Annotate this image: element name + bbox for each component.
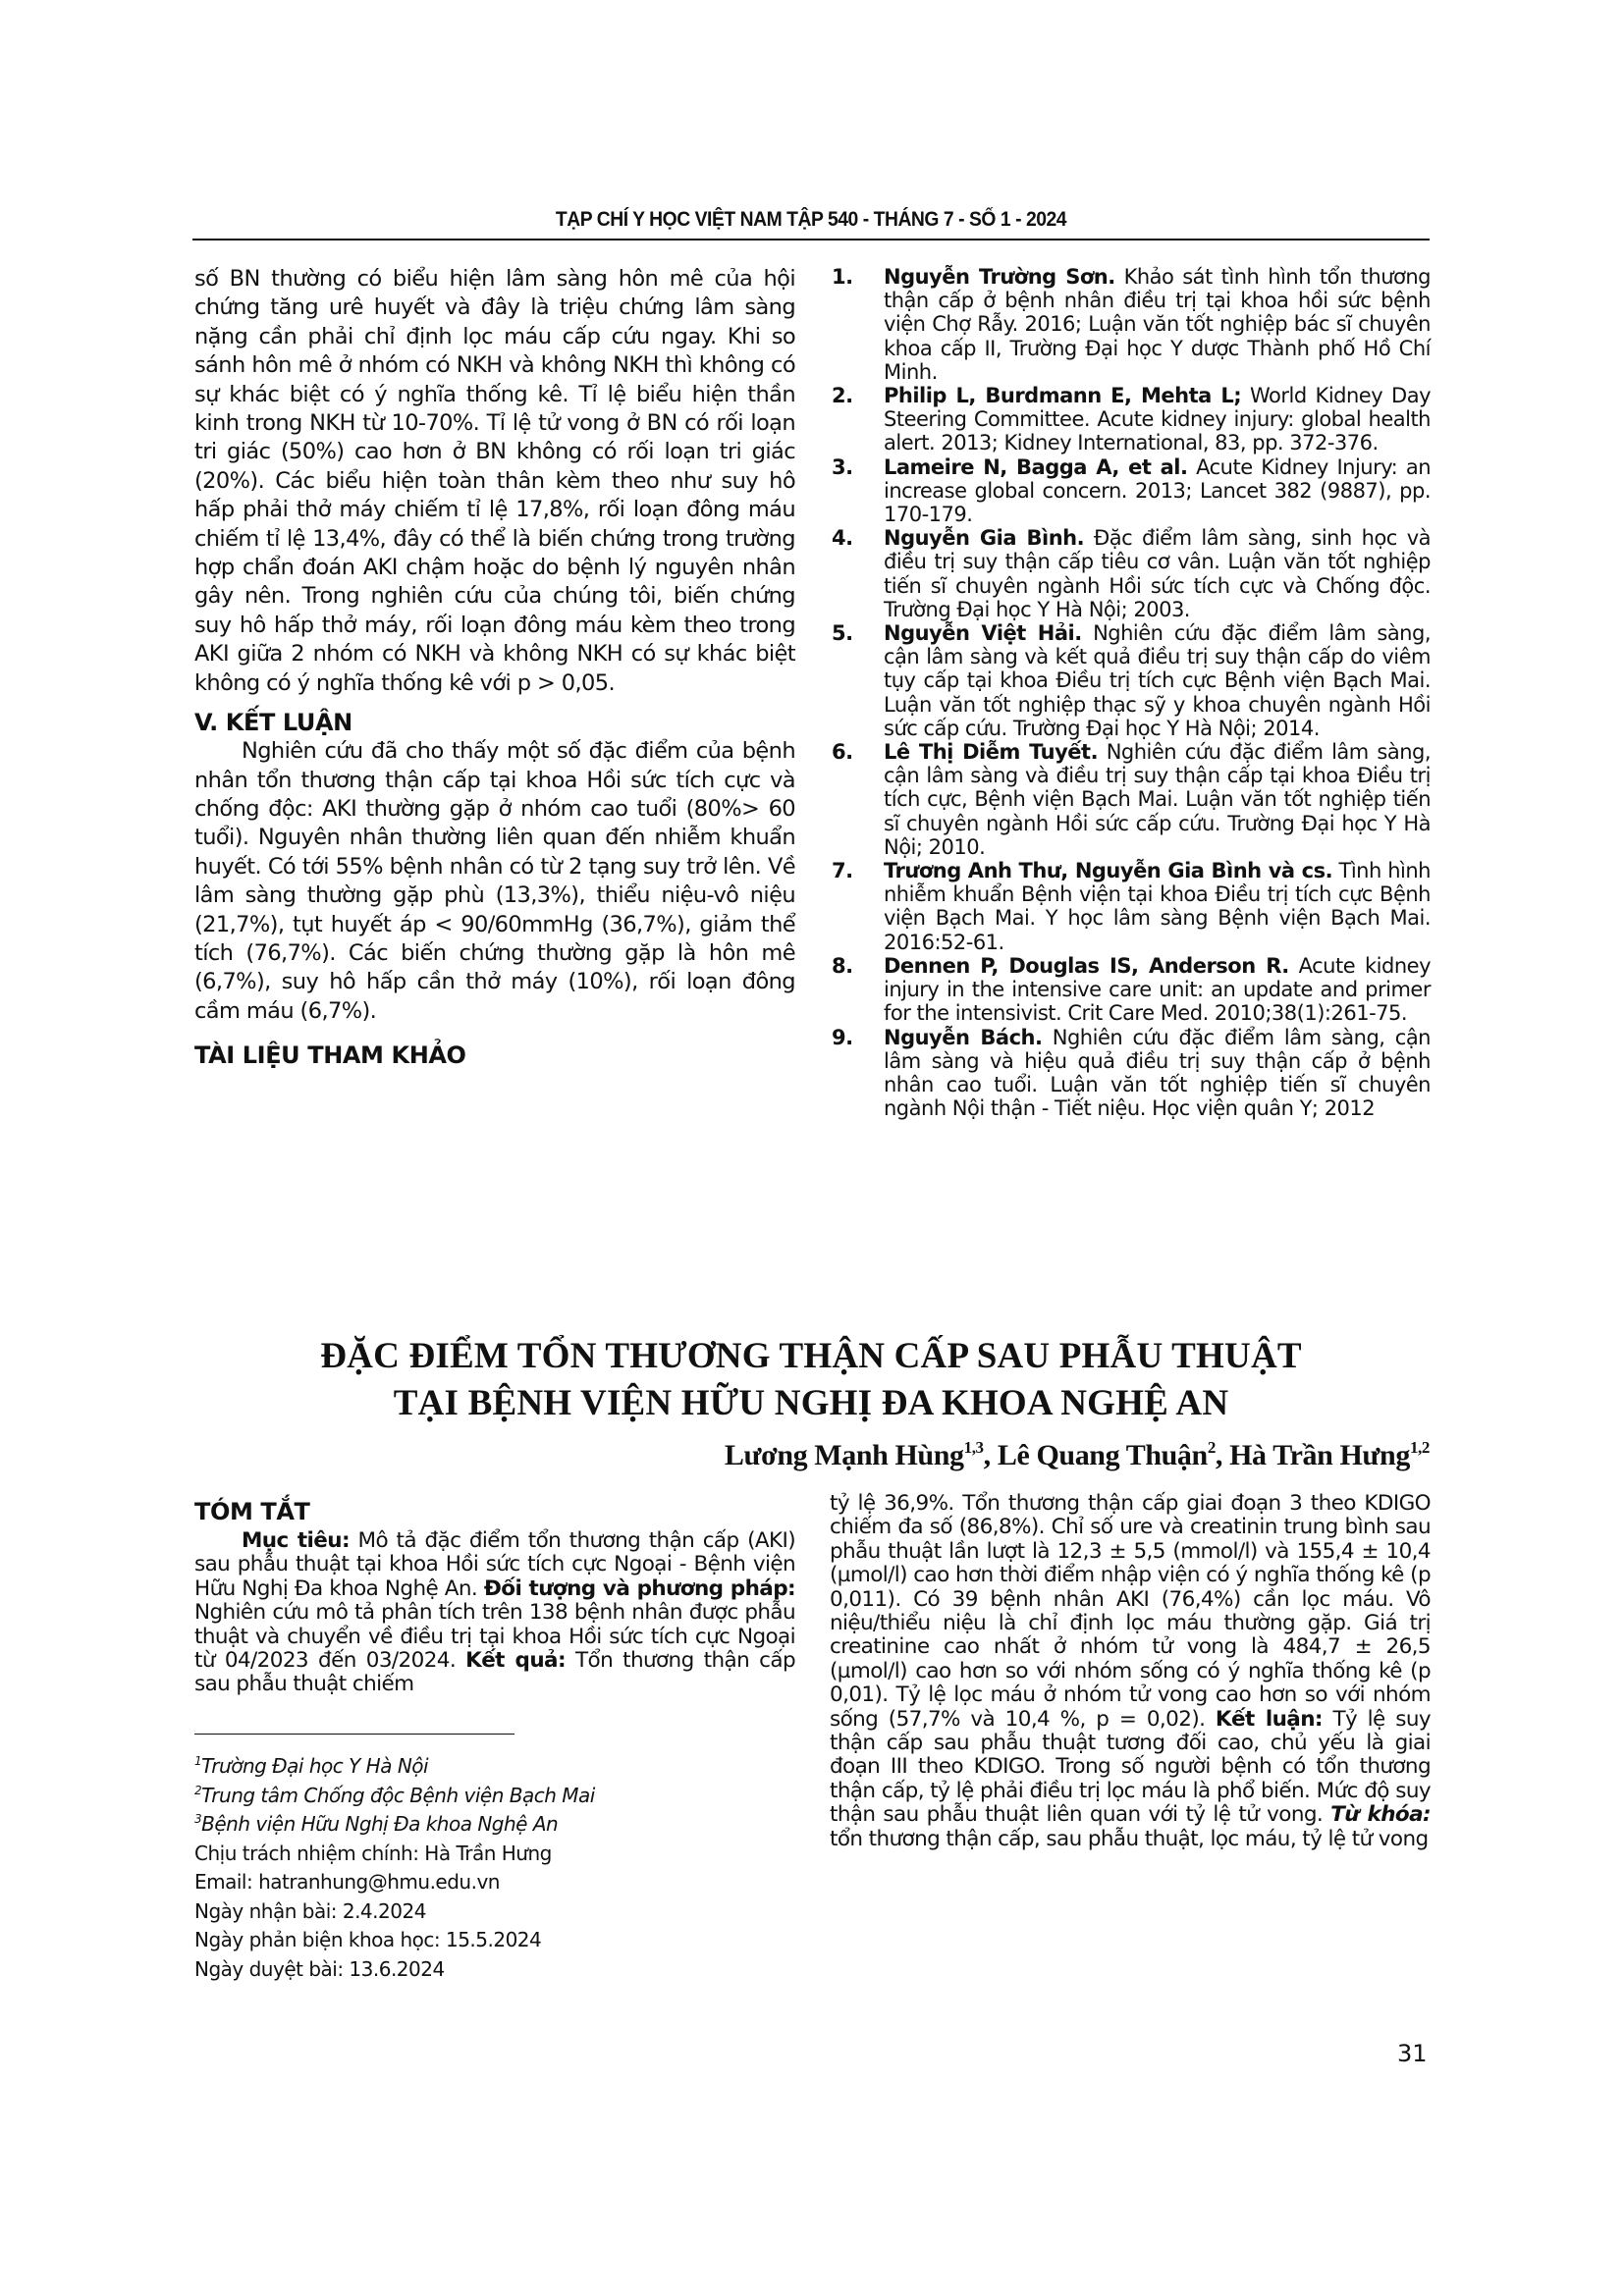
running-header: TẠP CHÍ Y HỌC VIỆT NAM TẬP 540 - THÁNG 7… (242, 208, 1380, 232)
corresponding-author: Chịu trách nhiệm chính: Hà Trần Hưng (194, 1840, 803, 1869)
affiliation-text: Bệnh viện Hữu Nghị Đa khoa Nghệ An (201, 1812, 558, 1836)
keywords-label: Từ khóa: (1330, 1802, 1431, 1827)
discussion-paragraph: số BN thường có biểu hiện lâm sàng hôn m… (194, 265, 795, 698)
conclusion-paragraph: Nghiên cứu đã cho thấy một số đặc điểm c… (194, 737, 795, 1026)
reference-item: 7. Trương Anh Thư, Nguyễn Gia Bình và cs… (832, 859, 1431, 954)
keywords-text: tổn thương thận cấp, sau phẫu thuật, lọc… (830, 1827, 1429, 1851)
methods-label: Đối tượng và phương pháp: (484, 1576, 795, 1601)
header-rule (192, 239, 1430, 240)
email: Email: hatranhung@hmu.edu.vn (194, 1868, 803, 1897)
conclusion-label: Kết luận: (1216, 1707, 1323, 1732)
reference-item: 4. Nguyễn Gia Bình. Đặc điểm lâm sàng, s… (832, 526, 1431, 621)
references-heading: TÀI LIỆU THAM KHẢO (194, 1038, 795, 1073)
affiliation-1: 1Trường Đại học Y Hà Nội (194, 1752, 803, 1782)
abstract-heading: TÓM TẮT (194, 1494, 795, 1529)
affiliation-3: 3Bệnh viện Hữu Nghị Đa khoa Nghệ An (194, 1810, 803, 1840)
reference-item: 3. Lameire N, Bagga A, et al. Acute Kidn… (832, 455, 1431, 527)
reference-number: 9. (832, 1026, 884, 1121)
received-date: Ngày nhận bài: 2.4.2024 (194, 1897, 803, 1927)
reference-number: 2. (832, 384, 884, 455)
reference-authors: Lameire N, Bagga A, et al. (884, 455, 1187, 479)
results-label: Kết quả: (465, 1648, 566, 1673)
reference-authors: Lê Thị Diễm Tuyết. (884, 740, 1098, 764)
author-separator: , (984, 1439, 998, 1471)
abstract-right-column: tỷ lệ 36,9%. Tổn thương thận cấp giai đo… (830, 1492, 1431, 1851)
reference-number: 6. (832, 740, 884, 859)
reference-number: 1. (832, 265, 884, 384)
reference-item: 6. Lê Thị Diễm Tuyết. Nghiên cứu đặc điể… (832, 740, 1431, 859)
page-number: 31 (1397, 2040, 1428, 2067)
references-list: 1. Nguyễn Trường Sơn. Khảo sát tình hình… (832, 265, 1431, 1120)
footnotes: 1Trường Đại học Y Hà Nội 2Trung tâm Chốn… (194, 1752, 803, 1984)
affiliation-2: 2Trung tâm Chống độc Bệnh viện Bạch Mai (194, 1782, 803, 1811)
author-separator: , (1216, 1439, 1229, 1471)
reference-number: 7. (832, 859, 884, 954)
author-name: Lương Mạnh Hùng (725, 1439, 964, 1471)
reference-number: 3. (832, 455, 884, 527)
reference-authors: Philip L, Burdmann E, Mehta L; (884, 384, 1241, 407)
abstract-left-column: TÓM TẮT Mục tiêu: Mô tả đặc điểm tổn thư… (194, 1494, 795, 1697)
reference-number: 4. (832, 526, 884, 621)
reference-authors: Nguyễn Gia Bình. (884, 526, 1084, 550)
author-affiliation: 1,3 (964, 1438, 984, 1457)
reference-number: 5. (832, 621, 884, 740)
reference-item: 1. Nguyễn Trường Sơn. Khảo sát tình hình… (832, 265, 1431, 384)
reference-authors: Nguyễn Trường Sơn. (884, 265, 1115, 289)
author-affiliation: 1,2 (1410, 1438, 1430, 1457)
reference-authors: Nguyễn Việt Hải. (884, 621, 1082, 645)
review-date: Ngày phản biện khoa học: 15.5.2024 (194, 1926, 803, 1955)
reference-authors: Trương Anh Thư, Nguyễn Gia Bình và cs. (884, 859, 1332, 882)
previous-article-left-column: số BN thường có biểu hiện lâm sàng hôn m… (194, 265, 795, 1073)
reference-item: 8. Dennen P, Douglas IS, Anderson R. Acu… (832, 954, 1431, 1026)
affiliation-text: Trường Đại học Y Hà Nội (201, 1754, 428, 1778)
author-name: Hà Trần Hưng (1229, 1439, 1410, 1471)
article-title: ĐẶC ĐIỂM TỔN THƯƠNG THẬN CẤP SAU PHẪU TH… (192, 1333, 1430, 1427)
article-title-line-2: TẠI BỆNH VIỆN HỮU NGHỊ ĐA KHOA NGHỆ AN (192, 1380, 1430, 1427)
reference-authors: Nguyễn Bách. (884, 1026, 1042, 1049)
conclusion-heading: V. KẾT LUẬN (194, 708, 795, 737)
reference-item: 9. Nguyễn Bách. Nghiên cứu đặc điểm lâm … (832, 1026, 1431, 1121)
article-title-line-1: ĐẶC ĐIỂM TỔN THƯƠNG THẬN CẤP SAU PHẪU TH… (192, 1333, 1430, 1380)
abstract-paragraph-continued: tỷ lệ 36,9%. Tổn thương thận cấp giai đo… (830, 1492, 1431, 1851)
footnote-rule (194, 1734, 514, 1735)
reference-item: 5. Nguyễn Việt Hải. Nghiên cứu đặc điểm … (832, 621, 1431, 740)
accepted-date: Ngày duyệt bài: 13.6.2024 (194, 1955, 803, 1985)
affiliation-text: Trung tâm Chống độc Bệnh viện Bạch Mai (201, 1784, 595, 1807)
reference-number: 8. (832, 954, 884, 1026)
reference-authors: Dennen P, Douglas IS, Anderson R. (884, 954, 1289, 978)
article-authors: Lương Mạnh Hùng1,3, Lê Quang Thuận2, Hà … (725, 1439, 1430, 1472)
abstract-paragraph: Mục tiêu: Mô tả đặc điểm tổn thương thận… (194, 1529, 795, 1697)
author-name: Lê Quang Thuận (998, 1439, 1208, 1471)
objective-label: Mục tiêu: (242, 1528, 350, 1553)
author-affiliation: 2 (1208, 1438, 1216, 1457)
results-text-continued: tỷ lệ 36,9%. Tổn thương thận cấp giai đo… (830, 1491, 1431, 1732)
reference-item: 2. Philip L, Burdmann E, Mehta L; World … (832, 384, 1431, 455)
